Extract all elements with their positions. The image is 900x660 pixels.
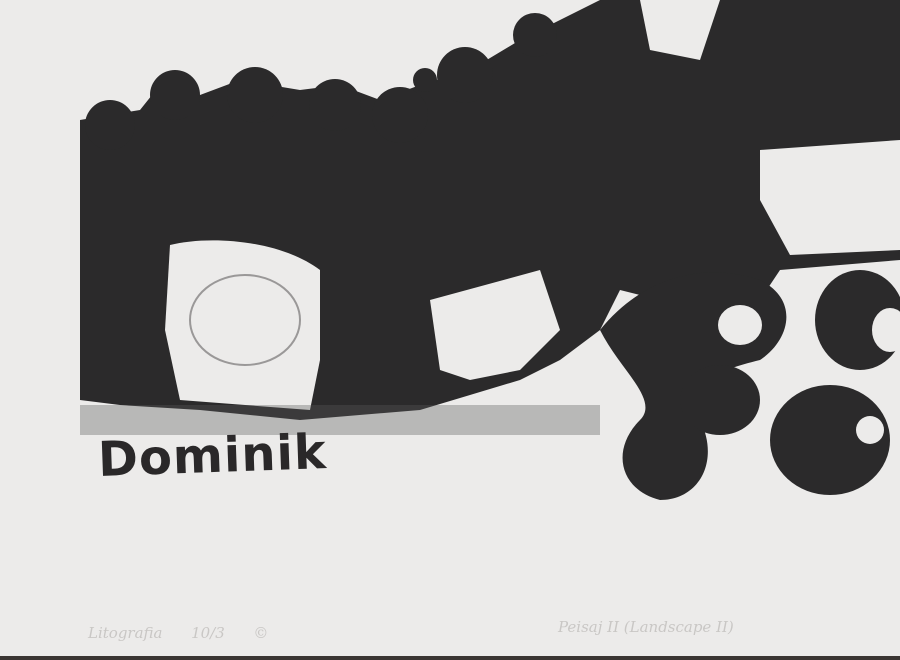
medium-inscription: Litografia bbox=[88, 624, 162, 642]
edition-inscription: Litografia 10/3 © bbox=[88, 624, 268, 642]
artist-signature: Dominik bbox=[97, 424, 328, 488]
edition-number: 10/3 bbox=[191, 624, 225, 642]
copyright-mark: © bbox=[253, 624, 268, 642]
lithograph-artwork bbox=[0, 0, 900, 660]
frame-edge bbox=[0, 656, 900, 660]
title-inscription: Peisaj II (Landscape II) bbox=[558, 618, 734, 636]
